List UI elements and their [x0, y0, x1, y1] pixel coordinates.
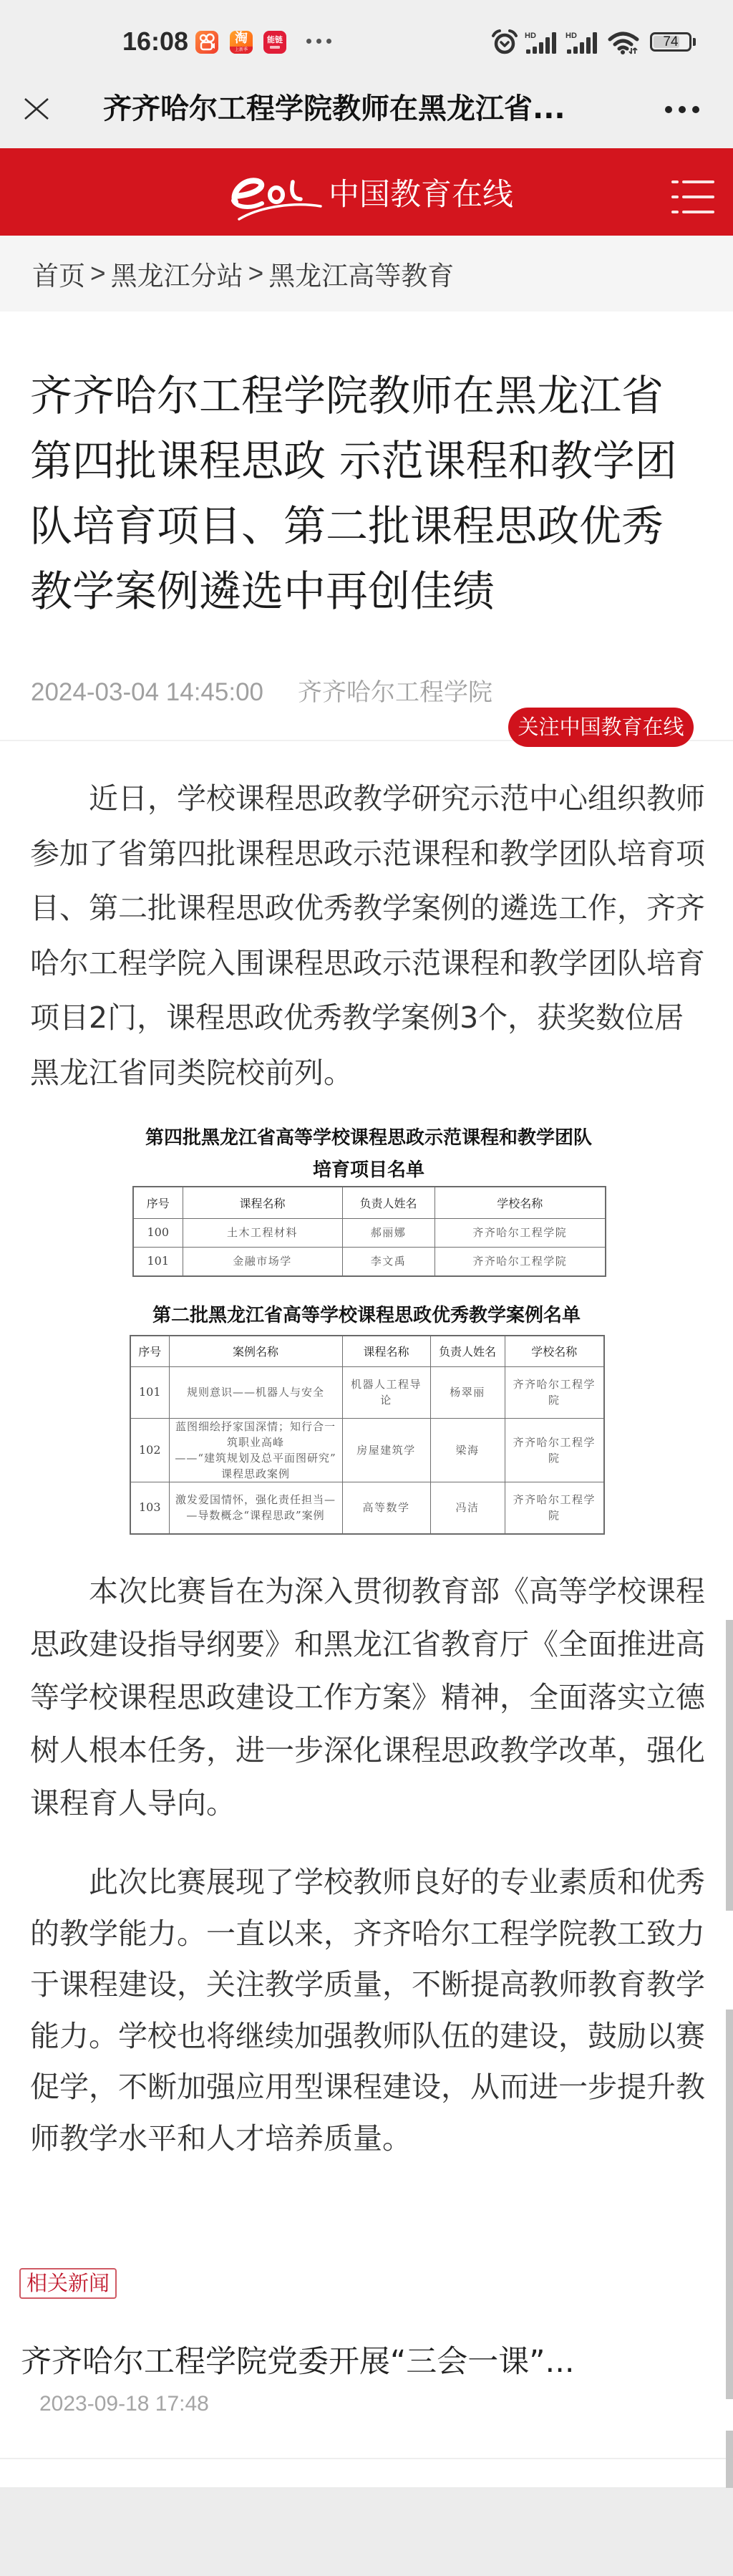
table-row: 103 激发爱国情怀，强化责任担当— —导数概念“课程思政”案例 高等数学 冯洁…: [130, 1482, 604, 1534]
table2-title: 第二批黑龙江省高等学校课程思政优秀教学案例名单: [130, 1300, 603, 1331]
table-header-row: 序号 课程名称 负责人姓名 学校名称: [133, 1187, 606, 1218]
table-header-row: 序号 案例名称 课程名称 负责人姓名 学校名称: [130, 1336, 604, 1366]
status-time: 16:08: [122, 26, 188, 57]
article-source: 齐齐哈尔工程学院: [298, 678, 492, 707]
breadcrumb-heilongjiang-branch[interactable]: 黑龙江分站: [111, 254, 243, 293]
breadcrumb-separator: >: [90, 259, 106, 289]
page-footer: [0, 2487, 733, 2576]
battery-level: 74: [652, 34, 689, 49]
table2-excellent-cases: 序号 案例名称 课程名称 负责人姓名 学校名称 101 规则意识——机器人与安全…: [130, 1335, 605, 1535]
article-paragraph: 近日，学校课程思政教学研究示范中心组织教师 参加了省第四批课程思政示范课程和教学…: [30, 771, 717, 1101]
status-bar: 16:08 淘 上新季 能链 HD HD: [0, 0, 733, 82]
site-header: 中国教育在线: [0, 148, 733, 236]
battery-icon: 74: [650, 32, 691, 52]
taobao-sublabel: 上新季: [230, 47, 253, 54]
taobao-glyph: 淘: [230, 32, 253, 46]
site-name[interactable]: 中国教育在线: [329, 177, 513, 213]
eol-logo-icon[interactable]: [229, 172, 322, 222]
menu-icon[interactable]: [670, 177, 717, 218]
scrollbar-thumb[interactable]: [726, 2431, 733, 2488]
follow-button[interactable]: 关注中国教育在线: [508, 708, 694, 747]
article-date: 2024-03-04 14:45:00: [31, 678, 263, 707]
browser-title-bar: 齐齐哈尔工程学院教师在黑龙江省...: [0, 82, 733, 148]
cellular-signal-icon: HD: [525, 31, 559, 54]
more-notifications-icon: [306, 39, 332, 44]
table-row: 102 蓝图细绘抒家国深情；知行合一 筑职业高峰 ——“建筑规划及总平面图研究”…: [130, 1418, 604, 1482]
svg-text:HD: HD: [565, 32, 577, 40]
table-row: 101 金融市场学 李文禹 齐齐哈尔工程学院: [133, 1247, 606, 1276]
scrollbar-thumb[interactable]: [726, 2010, 733, 2399]
related-news-label: 相关新闻: [19, 2268, 117, 2299]
breadcrumb-separator: >: [248, 259, 264, 289]
table-row: 101 规则意识——机器人与安全 机器人工程导论 杨翠丽 齐齐哈尔工程学院: [130, 1366, 604, 1418]
kuaishou-app-icon: [195, 31, 218, 54]
article-title: 齐齐哈尔工程学院教师在黑龙江省 第四批课程思政 示范课程和教学团 队培育项目、第…: [30, 363, 677, 624]
article-paragraph: 此次比赛展现了学校教师良好的专业素质和优秀 的教学能力。一直以来，齐齐哈尔工程学…: [30, 1857, 717, 2165]
scrollbar-thumb[interactable]: [726, 1620, 733, 1911]
cellular-signal-icon-2: HD: [565, 31, 600, 54]
article-paragraph: 本次比赛旨在为深入贯彻教育部《高等学校课程 思政建设指导纲要》和黑龙江省教育厅《…: [30, 1565, 717, 1830]
svg-text:HD: HD: [525, 32, 536, 40]
page-title: 齐齐哈尔工程学院教师在黑龙江省...: [103, 92, 565, 126]
article-image-award-lists: 第四批黑龙江省高等学校课程思政示范课程和教学团队 培育项目名单 序号 课程名称 …: [122, 1116, 616, 1540]
alarm-icon: [491, 29, 518, 55]
breadcrumb-higher-education[interactable]: 黑龙江高等教育: [268, 254, 454, 293]
close-icon[interactable]: [22, 97, 51, 120]
breadcrumb: 首页 > 黑龙江分站 > 黑龙江高等教育: [0, 236, 733, 312]
more-icon[interactable]: [665, 105, 701, 115]
table-row: 100 土木工程材料 郝丽娜 齐齐哈尔工程学院: [133, 1218, 606, 1247]
taobao-app-icon: 淘 上新季: [230, 31, 253, 54]
nenglian-glyph: 能链: [263, 35, 286, 44]
related-news-link[interactable]: 齐齐哈尔工程学院党委开展“三会一课”...: [21, 2343, 575, 2380]
divider: [0, 2458, 733, 2459]
nenglian-app-icon: 能链: [263, 31, 286, 54]
wifi-icon: [608, 31, 641, 55]
related-news-date: 2023-09-18 17:48: [39, 2391, 209, 2418]
table1-title: 第四批黑龙江省高等学校课程思政示范课程和教学团队 培育项目名单: [132, 1122, 605, 1187]
breadcrumb-home[interactable]: 首页: [32, 254, 85, 293]
table1-demonstration-courses: 序号 课程名称 负责人姓名 学校名称 100 土木工程材料 郝丽娜 齐齐哈尔工程…: [132, 1186, 606, 1277]
